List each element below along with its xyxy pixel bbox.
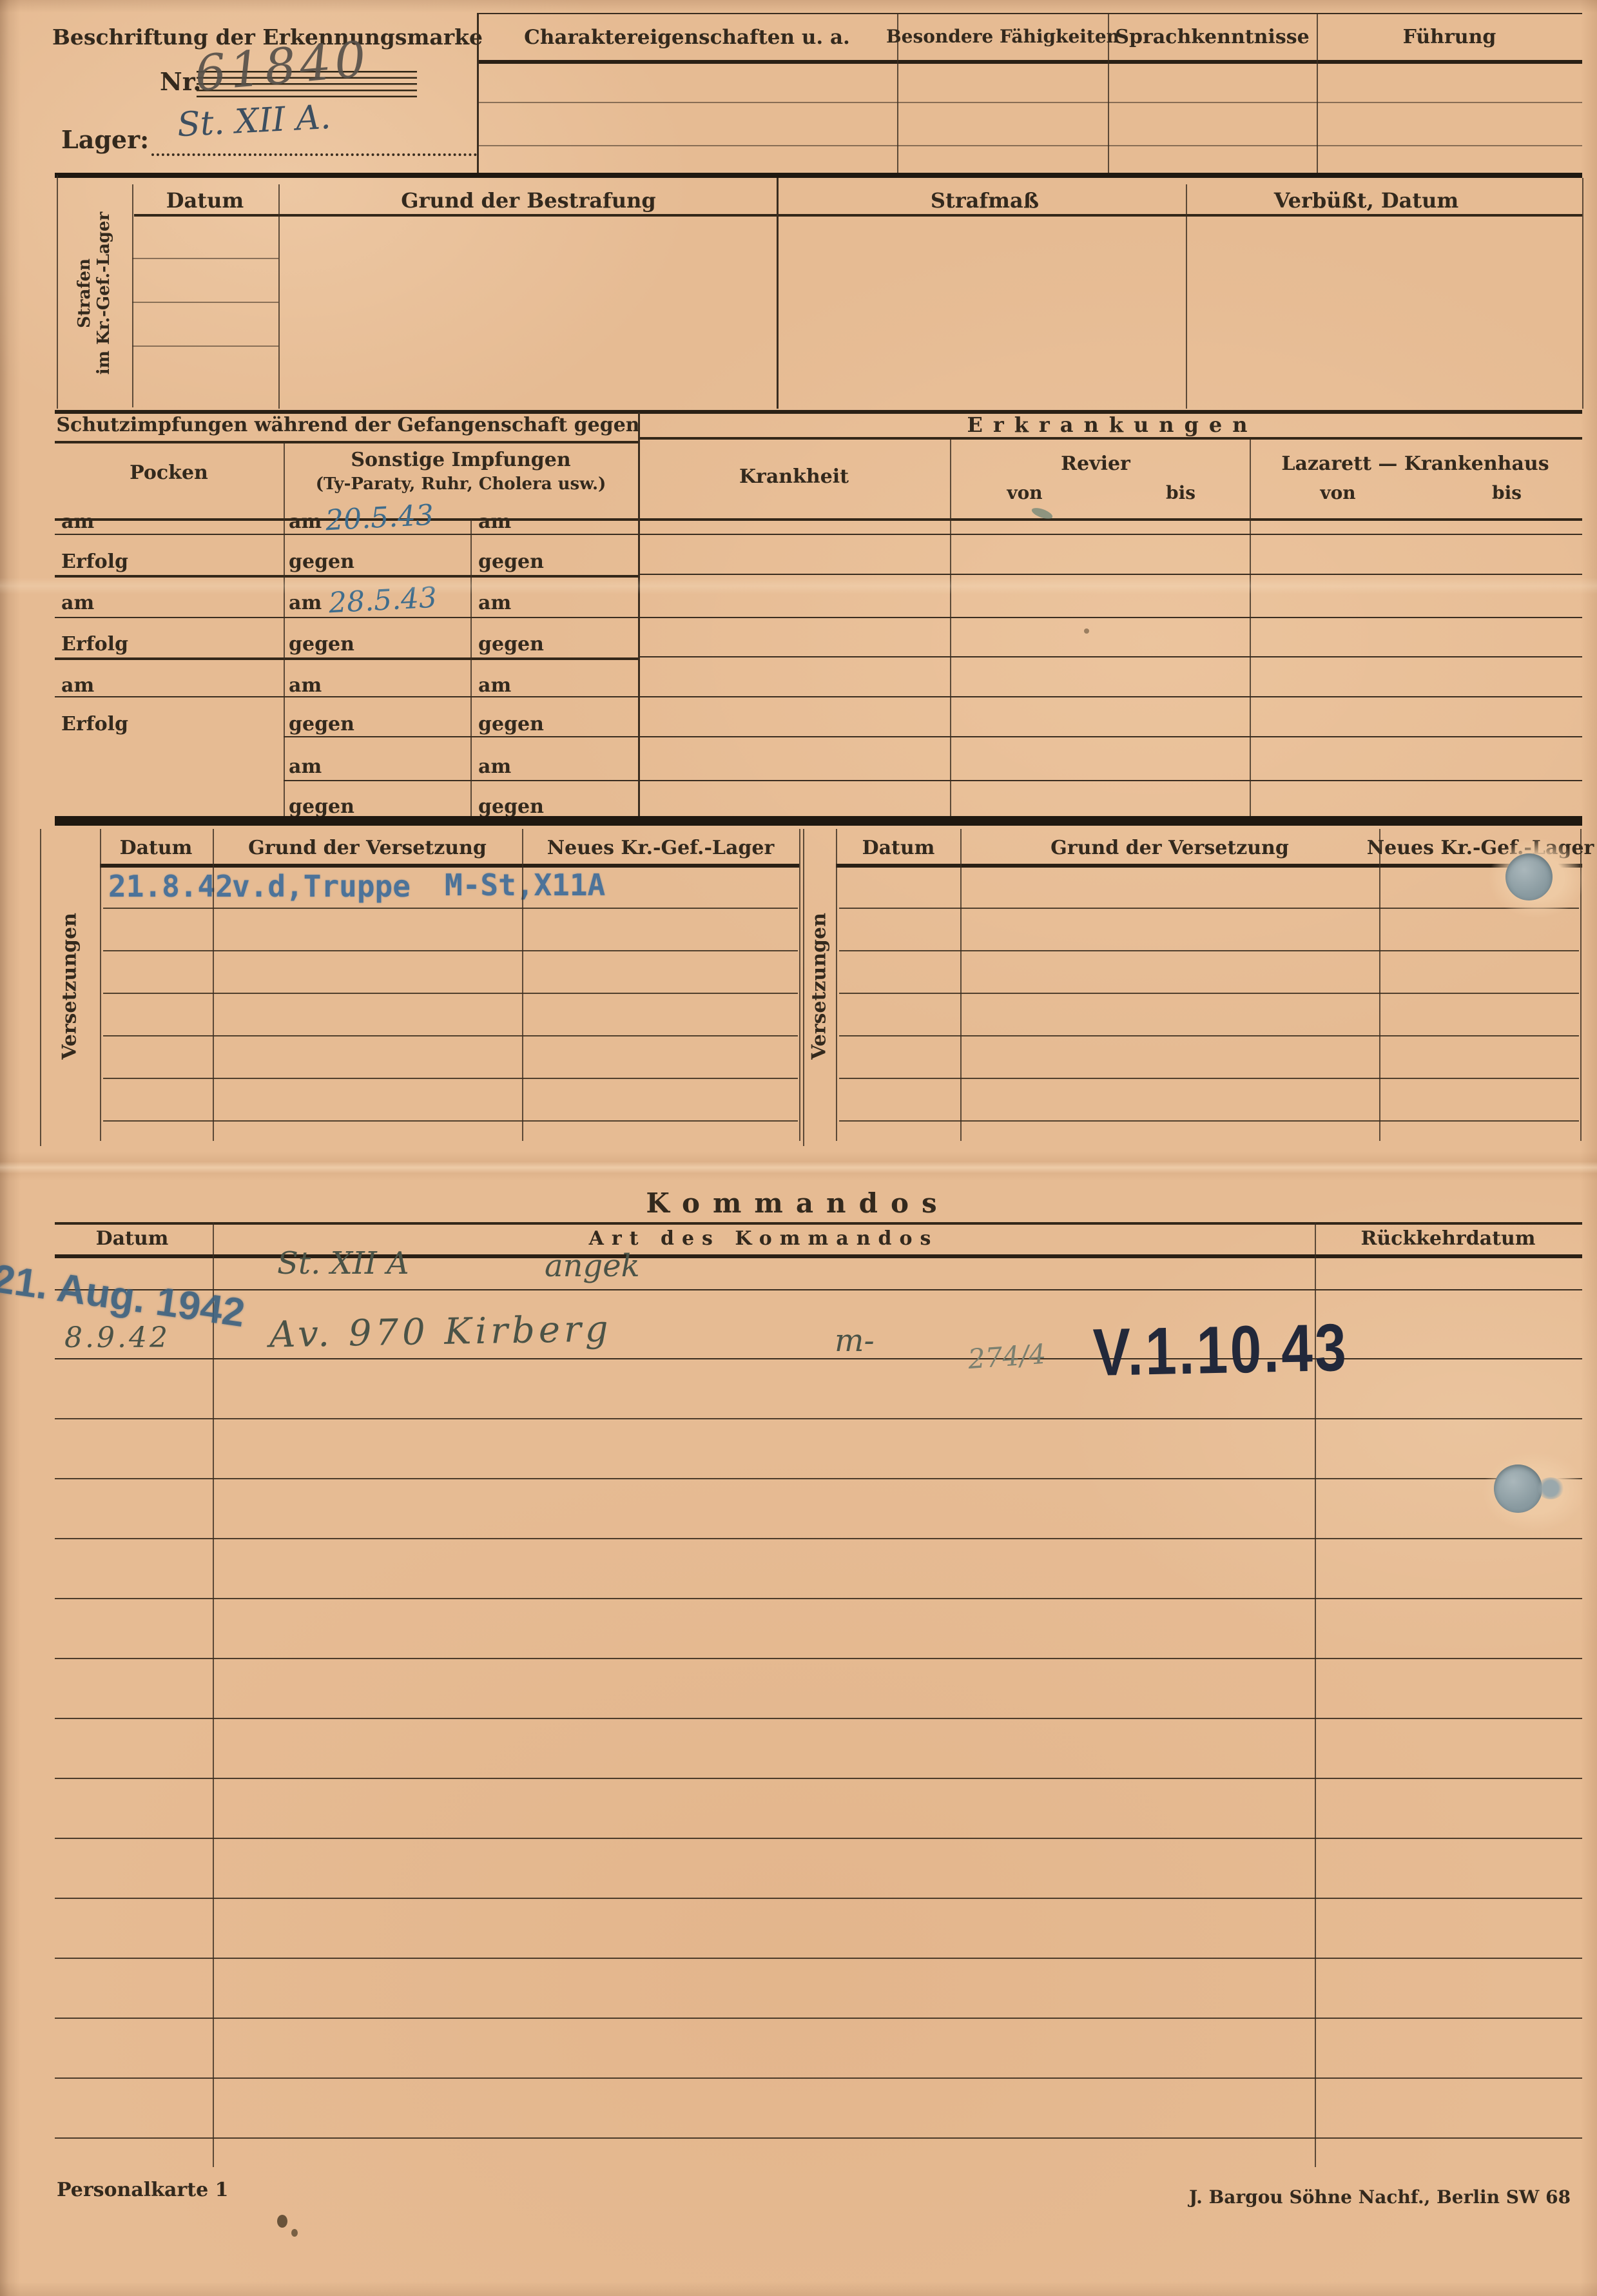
stain-speck-2 (291, 2229, 298, 2237)
impf-r6-c3: gegen (478, 713, 544, 735)
impf-r1-c3: am (478, 511, 511, 533)
impf-r3-handwritten-date: 28.5.43 (328, 581, 438, 620)
vers-right-col-datum: Datum (862, 837, 935, 859)
strafen-col-verbuesst: Verbüßt, Datum (1274, 188, 1459, 213)
col-fuehrung: Führung (1403, 26, 1496, 48)
kommandos-r2-datum-handwritten: 8.9.42 (64, 1321, 170, 1354)
kommandos-r2-art-handwritten: Av. 970 Kirberg (269, 1308, 612, 1356)
col-sprachkenntnisse: Sprachkenntnisse (1115, 26, 1309, 48)
impf-r1-c2: am (289, 511, 322, 533)
fold-crease (0, 1151, 1597, 1181)
impfungen-heading: Schutzimpfungen während der Gefangenscha… (56, 414, 639, 436)
impf-r2-c2: gegen (289, 550, 354, 573)
impf-r4-c2: gegen (289, 633, 354, 656)
col-sonstige-1: Sonstige Impfungen (351, 449, 570, 471)
stain-speck (277, 2215, 287, 2228)
impf-r5-c1: am (61, 674, 94, 697)
punch-hole-2-tear (1537, 1477, 1564, 1499)
kommandos-col-datum: Datum (96, 1227, 169, 1250)
strafen-col-datum: Datum (166, 188, 244, 213)
revier-bis: bis (1166, 482, 1195, 503)
vers-right-col-grund: Grund der Versetzung (1050, 837, 1289, 859)
kommandos-r1-art-handwritten-2: angek (545, 1248, 640, 1284)
col-pocken: Pocken (130, 462, 208, 484)
punch-hole (1505, 853, 1553, 900)
impf-r1-handwritten-date: 20.5.43 (325, 499, 434, 538)
impf-r7-c2: am (289, 755, 322, 778)
revier-von: von (1007, 482, 1042, 503)
impf-r4-c3: gegen (478, 633, 544, 656)
lager-label: Lager: (61, 125, 149, 154)
impf-r6-c2: gegen (289, 713, 354, 735)
col-sonstige-2: (Ty-Paraty, Ruhr, Cholera usw.) (316, 474, 606, 494)
vers-left-col-grund: Grund der Versetzung (248, 837, 487, 859)
personalkarte-back-scan: Beschriftung der Erkennungsmarke Nr. 618… (0, 0, 1597, 2296)
versetzungen-right-side-label: Versetzungen (808, 913, 831, 1060)
vers-entry-grund-stamp: v.d,Truppe (232, 869, 411, 904)
kommandos-ruled-lines (55, 1418, 1582, 2140)
kommandos-title: Kommandos (646, 1187, 949, 1219)
kommandos-r2-return-date-stamp: V.1.10.43 (1092, 1310, 1349, 1392)
footer-printer-imprint: J. Bargou Söhne Nachf., Berlin SW 68 (1189, 2186, 1571, 2208)
impf-r7-c3: am (478, 755, 511, 778)
kommandos-r1-art-handwritten: St. XII A (277, 1245, 409, 1281)
versetzungen-left-side-label: Versetzungen (59, 913, 81, 1060)
impf-r8-c3: gegen (478, 795, 544, 818)
erkrankungen-heading: Erkrankungen (967, 413, 1258, 437)
col-revier: Revier (1061, 452, 1130, 475)
impf-r3-c1: am (61, 592, 94, 614)
footer-form-name: Personalkarte 1 (57, 2179, 228, 2201)
impf-r2-c3: gegen (478, 550, 544, 573)
kommandos-r2-art-extra-handwritten: m- (835, 1323, 875, 1359)
impf-r8-c2: gegen (289, 795, 354, 818)
lager-value-handwritten: St. XII A. (177, 98, 332, 144)
col-faehigkeiten: Besondere Fähigkeiten (886, 26, 1119, 47)
kommandos-col-art: Art des Kommandos (589, 1227, 939, 1250)
kommandos-col-rueckkehr: Rückkehrdatum (1360, 1227, 1535, 1250)
vers-entry-datum-stamp: 21.8.42 (108, 869, 233, 904)
strafen-col-grund: Grund der Bestrafung (401, 188, 655, 213)
vers-right-row-lines (839, 908, 1579, 1124)
impf-r2-c1: Erfolg (61, 550, 128, 573)
impf-r5-c3: am (478, 674, 511, 697)
impf-r1-c1: am (61, 511, 94, 533)
col-krankheit: Krankheit (739, 465, 849, 488)
vers-entry-lager-stamp: M-St,X11A (445, 868, 605, 902)
lazarett-von: von (1320, 482, 1355, 503)
impf-r3-c3: am (478, 592, 511, 614)
impf-r5-c2: am (289, 674, 322, 697)
impf-r3-c2: am (289, 592, 322, 614)
col-lazarett: Lazarett — Krankenhaus (1281, 452, 1549, 475)
vers-left-col-lager: Neues Kr.-Gef.-Lager (547, 837, 775, 859)
impf-r6-c1: Erfolg (61, 713, 128, 735)
vers-left-col-datum: Datum (120, 837, 193, 859)
kommandos-r2-note-pencil: 274/4 (967, 1338, 1047, 1375)
minor-crease (0, 578, 1597, 594)
punch-hole-2 (1494, 1464, 1542, 1513)
col-charakter: Charaktereigenschaften u. a. (524, 26, 850, 49)
strafen-side-label: Strafenim Kr.-Gef.-Lager (75, 212, 113, 375)
stain-speck-3 (1084, 628, 1089, 634)
lazarett-bis: bis (1492, 482, 1522, 503)
vers-left-row-lines (103, 908, 798, 1124)
impf-r4-c1: Erfolg (61, 633, 128, 656)
strafen-col-strafmass: Strafmaß (931, 188, 1039, 213)
